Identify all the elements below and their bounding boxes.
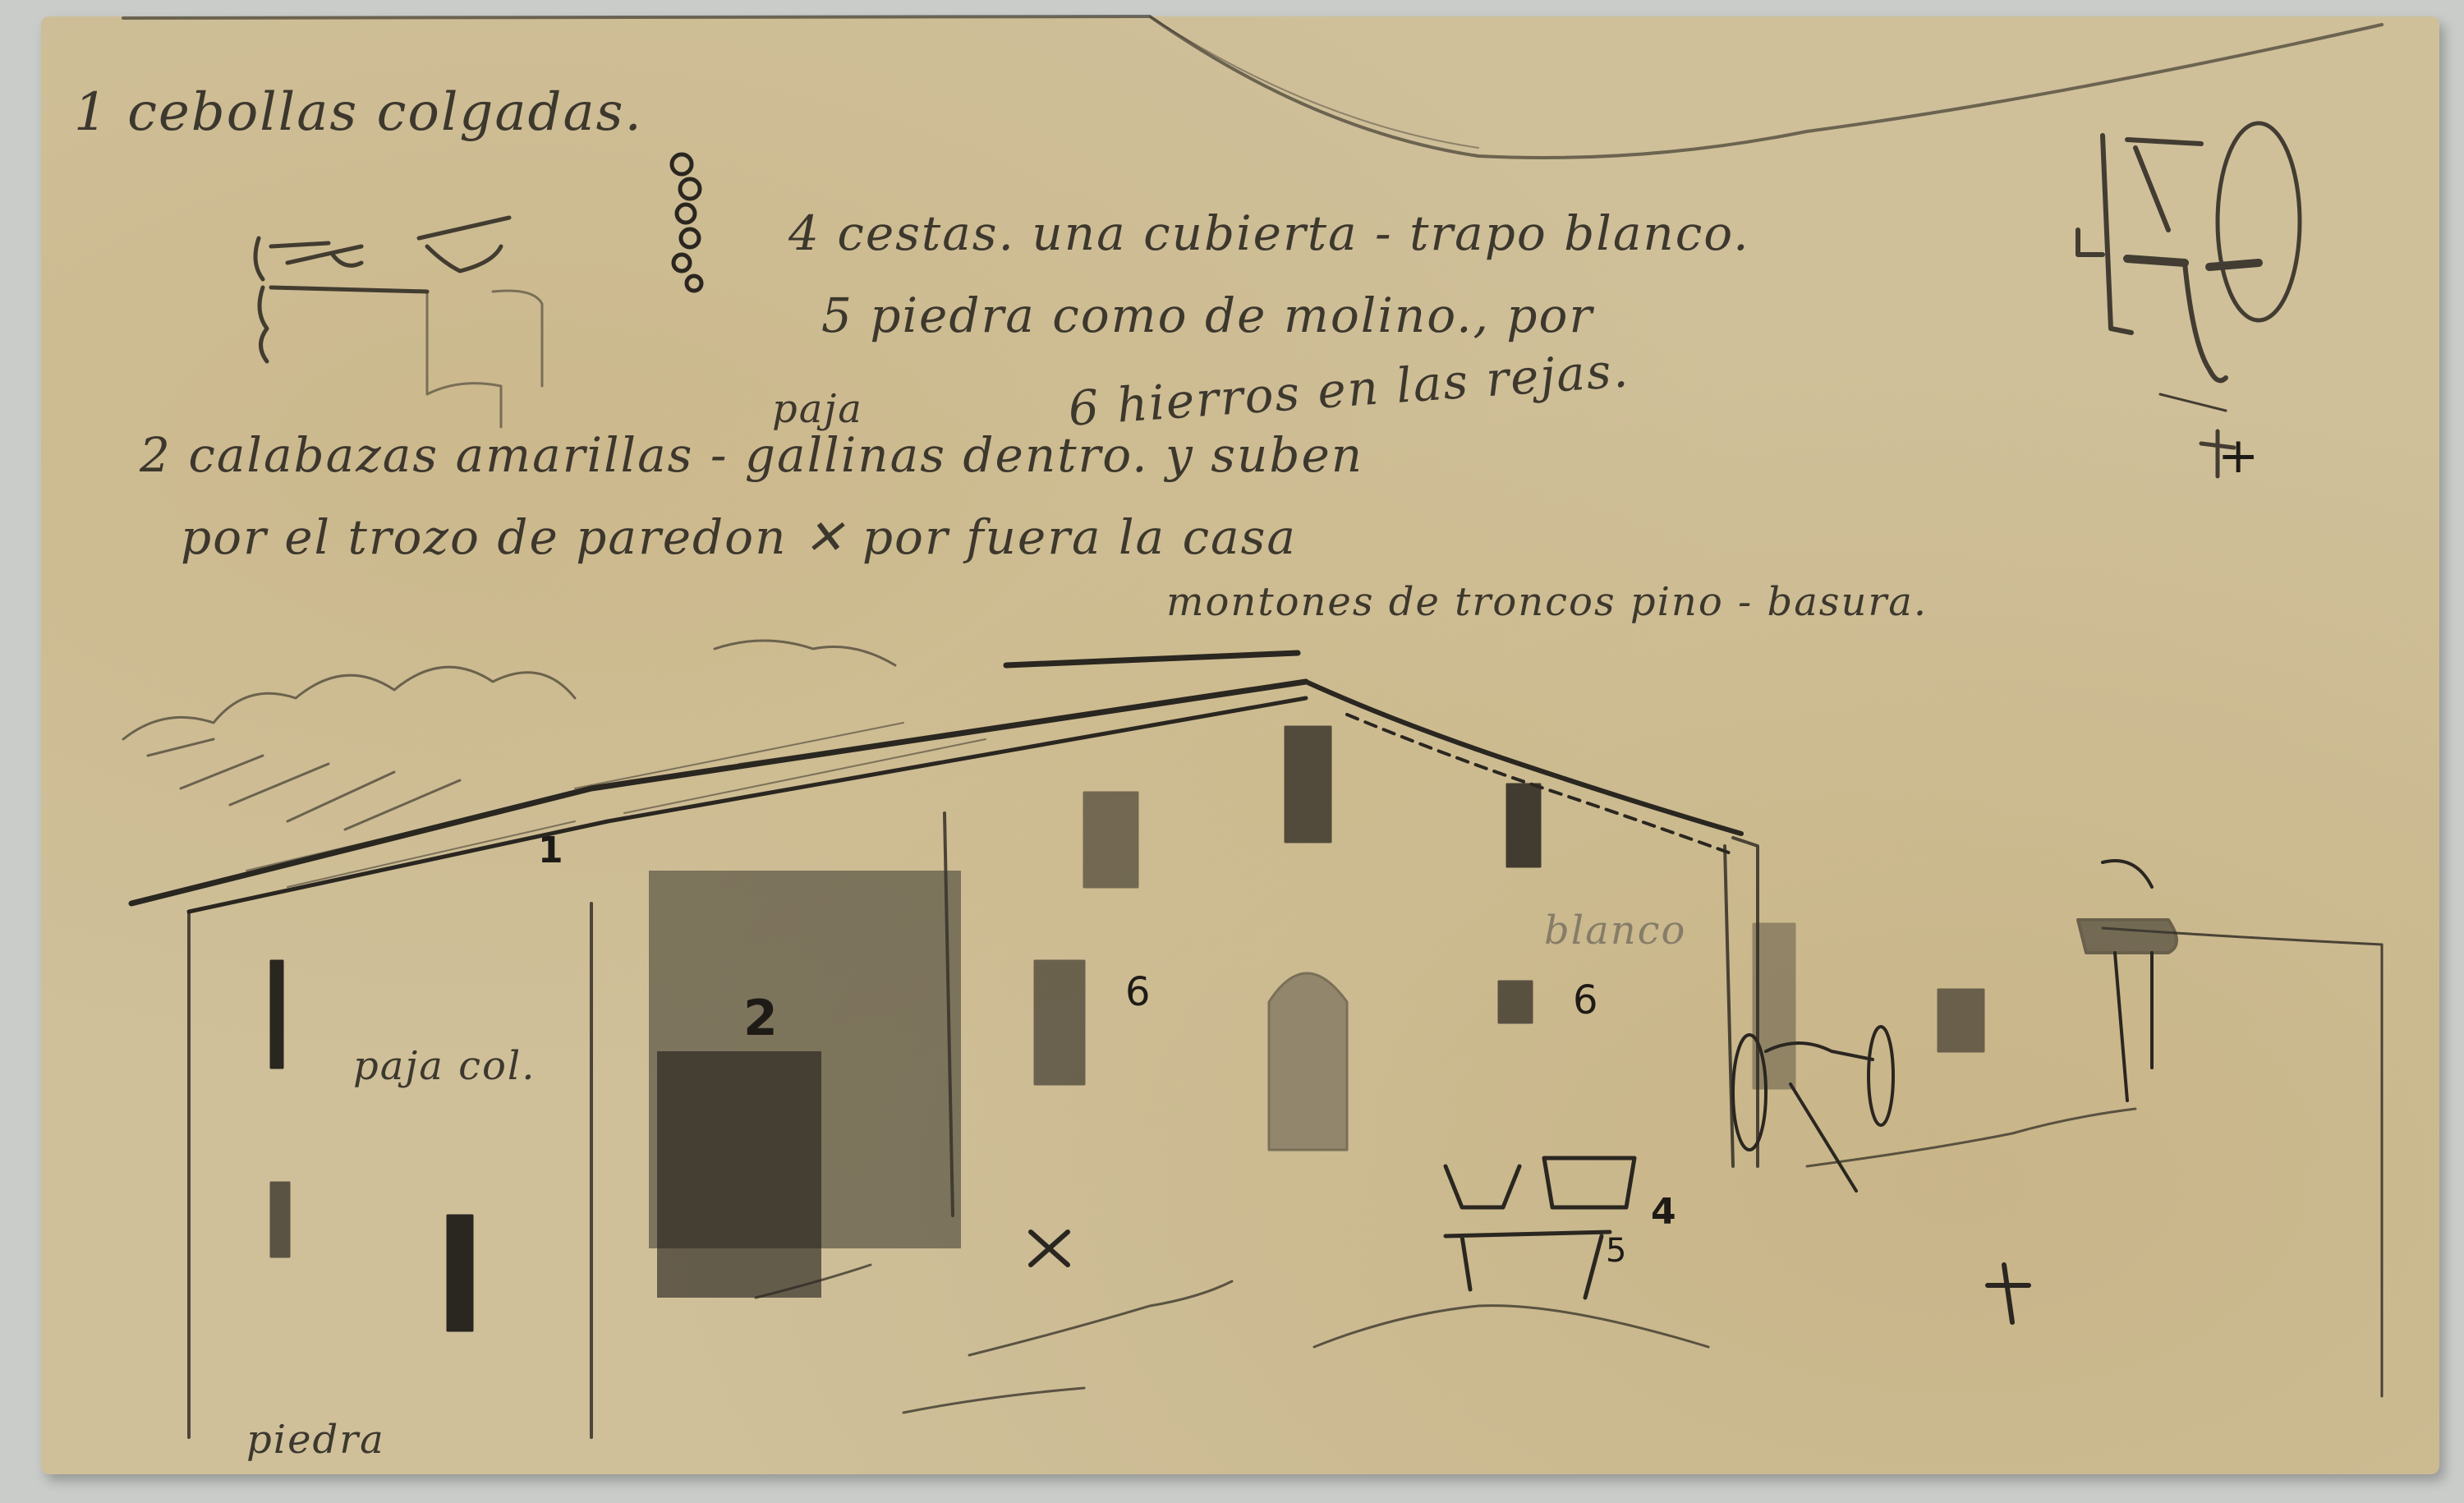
baskets-sketch [1446, 1158, 1634, 1298]
note-cebollas: 1 cebollas colgadas. [74, 82, 643, 143]
note-troncos: montones de troncos pino - basura. [1166, 579, 1928, 625]
note-calabazas: 2 calabazas amarillas - gallinas dentro.… [140, 427, 1363, 483]
label-paja-col: paja col. [353, 1043, 536, 1089]
label-door-2: 2 [743, 990, 778, 1047]
note-piedra: 5 piedra como de molino., por [821, 287, 1593, 343]
label-window-6a: 6 [1125, 969, 1151, 1015]
column-sketch [2078, 861, 2177, 1101]
onion-sketch [255, 218, 542, 427]
windows-sketch [271, 727, 1984, 1331]
cart-sketch [2078, 123, 2300, 476]
note-paredon: por el trozo de paredon ✕ por fuera la c… [181, 509, 1297, 565]
label-piedra: piedra [246, 1417, 385, 1463]
arched-door [1269, 973, 1347, 1150]
ground-scribbles [756, 1109, 2135, 1413]
label-basket-4: 4 [1651, 1191, 1676, 1233]
hanging-string-sketch [672, 154, 701, 291]
label-stone-5: 5 [1606, 1232, 1626, 1270]
label-blanco: blanco [1544, 908, 1686, 954]
label-window-6b: 6 [1573, 977, 1598, 1023]
note-cestas: 4 cestas. una cubierta - trapo blanco. [788, 205, 1750, 261]
tree-sketch [123, 641, 895, 830]
cross-marks [1031, 1232, 2029, 1322]
label-roof-1: 1 [538, 830, 563, 871]
cross-top-right: + [2218, 427, 2259, 485]
note-paja: paja [772, 386, 863, 432]
